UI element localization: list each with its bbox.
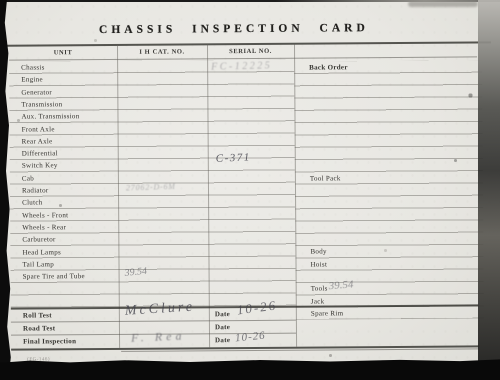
unit-row-cab: Cab bbox=[22, 174, 34, 182]
column-header-cat-no: I H CAT. NO. bbox=[117, 48, 207, 56]
unit-row-transmission: Transmission bbox=[21, 100, 62, 108]
title-rule bbox=[5, 41, 491, 46]
card-content: CHASSIS INSPECTION CARD UNIT I H CAT. NO… bbox=[0, 0, 500, 380]
unit-row-wheels-rear: Wheels - Rear bbox=[22, 223, 66, 231]
unit-row-engine: Engine bbox=[21, 76, 43, 84]
card-title: CHASSIS INSPECTION CARD bbox=[0, 21, 469, 36]
unit-row-tail-lamp: Tail Lamp bbox=[22, 260, 54, 268]
unit-row-rear-axle: Rear Axle bbox=[22, 137, 53, 145]
unit-row-spare-tire-and-tube: Spare Tire and Tube bbox=[23, 272, 85, 280]
road-test-label: Road Test bbox=[23, 324, 56, 332]
unit-row-clutch: Clutch bbox=[22, 199, 43, 207]
unit-row-switch-key: Switch Key bbox=[22, 162, 58, 170]
handwritten-final-inspection-date: 10-26 bbox=[235, 330, 267, 345]
scan-smudge-top-right bbox=[408, 1, 478, 7]
back-order-jack: Jack bbox=[311, 297, 325, 305]
handwritten-radiator-cat-no: 27062-D-6M bbox=[126, 182, 176, 193]
handwritten-switch-key-serial: C-371 bbox=[216, 151, 251, 164]
handwritten-spare-tire-cat-no: 39.54 bbox=[124, 266, 147, 279]
handwritten-final-inspection-signature: F. Rea bbox=[131, 329, 186, 346]
final-inspection-date-label: Date bbox=[215, 336, 230, 344]
handwritten-chassis-serial: FC-12225 bbox=[211, 60, 272, 72]
scanned-chassis-inspection-card: CHASSIS INSPECTION CARD UNIT I H CAT. NO… bbox=[0, 0, 500, 380]
back-order-hoist: Hoist bbox=[310, 260, 327, 268]
unit-row-carburetor: Carburetor bbox=[22, 236, 55, 244]
roll-test-rule bbox=[11, 319, 296, 322]
back-order-body: Body bbox=[310, 248, 326, 256]
back-order-tool-pack: Tool Pack bbox=[310, 174, 341, 182]
unit-row-aux-transmission: Aux. Transmission bbox=[21, 112, 79, 120]
unit-row-wheels-front: Wheels - Front bbox=[22, 211, 68, 219]
back-order-spare-rim: Spare Rim bbox=[311, 309, 344, 317]
handwritten-roll-test-signature: McClure bbox=[124, 300, 195, 320]
back-order-rules bbox=[294, 60, 484, 320]
roll-test-label: Roll Test bbox=[23, 311, 52, 319]
road-test-date-label: Date bbox=[215, 323, 230, 331]
final-inspection-label: Final Inspection bbox=[23, 337, 76, 345]
unit-row-head-lamps: Head Lamps bbox=[22, 248, 61, 256]
unit-row-front-axle: Front Axle bbox=[22, 125, 55, 133]
roll-test-date-label: Date bbox=[215, 310, 230, 318]
unit-row-radiator: Radiator bbox=[22, 186, 49, 194]
scan-edge-right bbox=[478, 0, 500, 380]
back-order-header: Back Order bbox=[309, 63, 348, 71]
column-header-serial-no: SERIAL NO. bbox=[207, 48, 294, 56]
back-order-tools: Tools bbox=[311, 285, 328, 293]
unit-row-differential: Differential bbox=[22, 149, 58, 157]
unit-row-generator: Generator bbox=[21, 88, 52, 96]
handwritten-tools-value: 39.54 bbox=[328, 278, 354, 292]
column-header-unit: UNIT bbox=[9, 49, 117, 57]
unit-row-chassis: Chassis bbox=[21, 63, 45, 71]
